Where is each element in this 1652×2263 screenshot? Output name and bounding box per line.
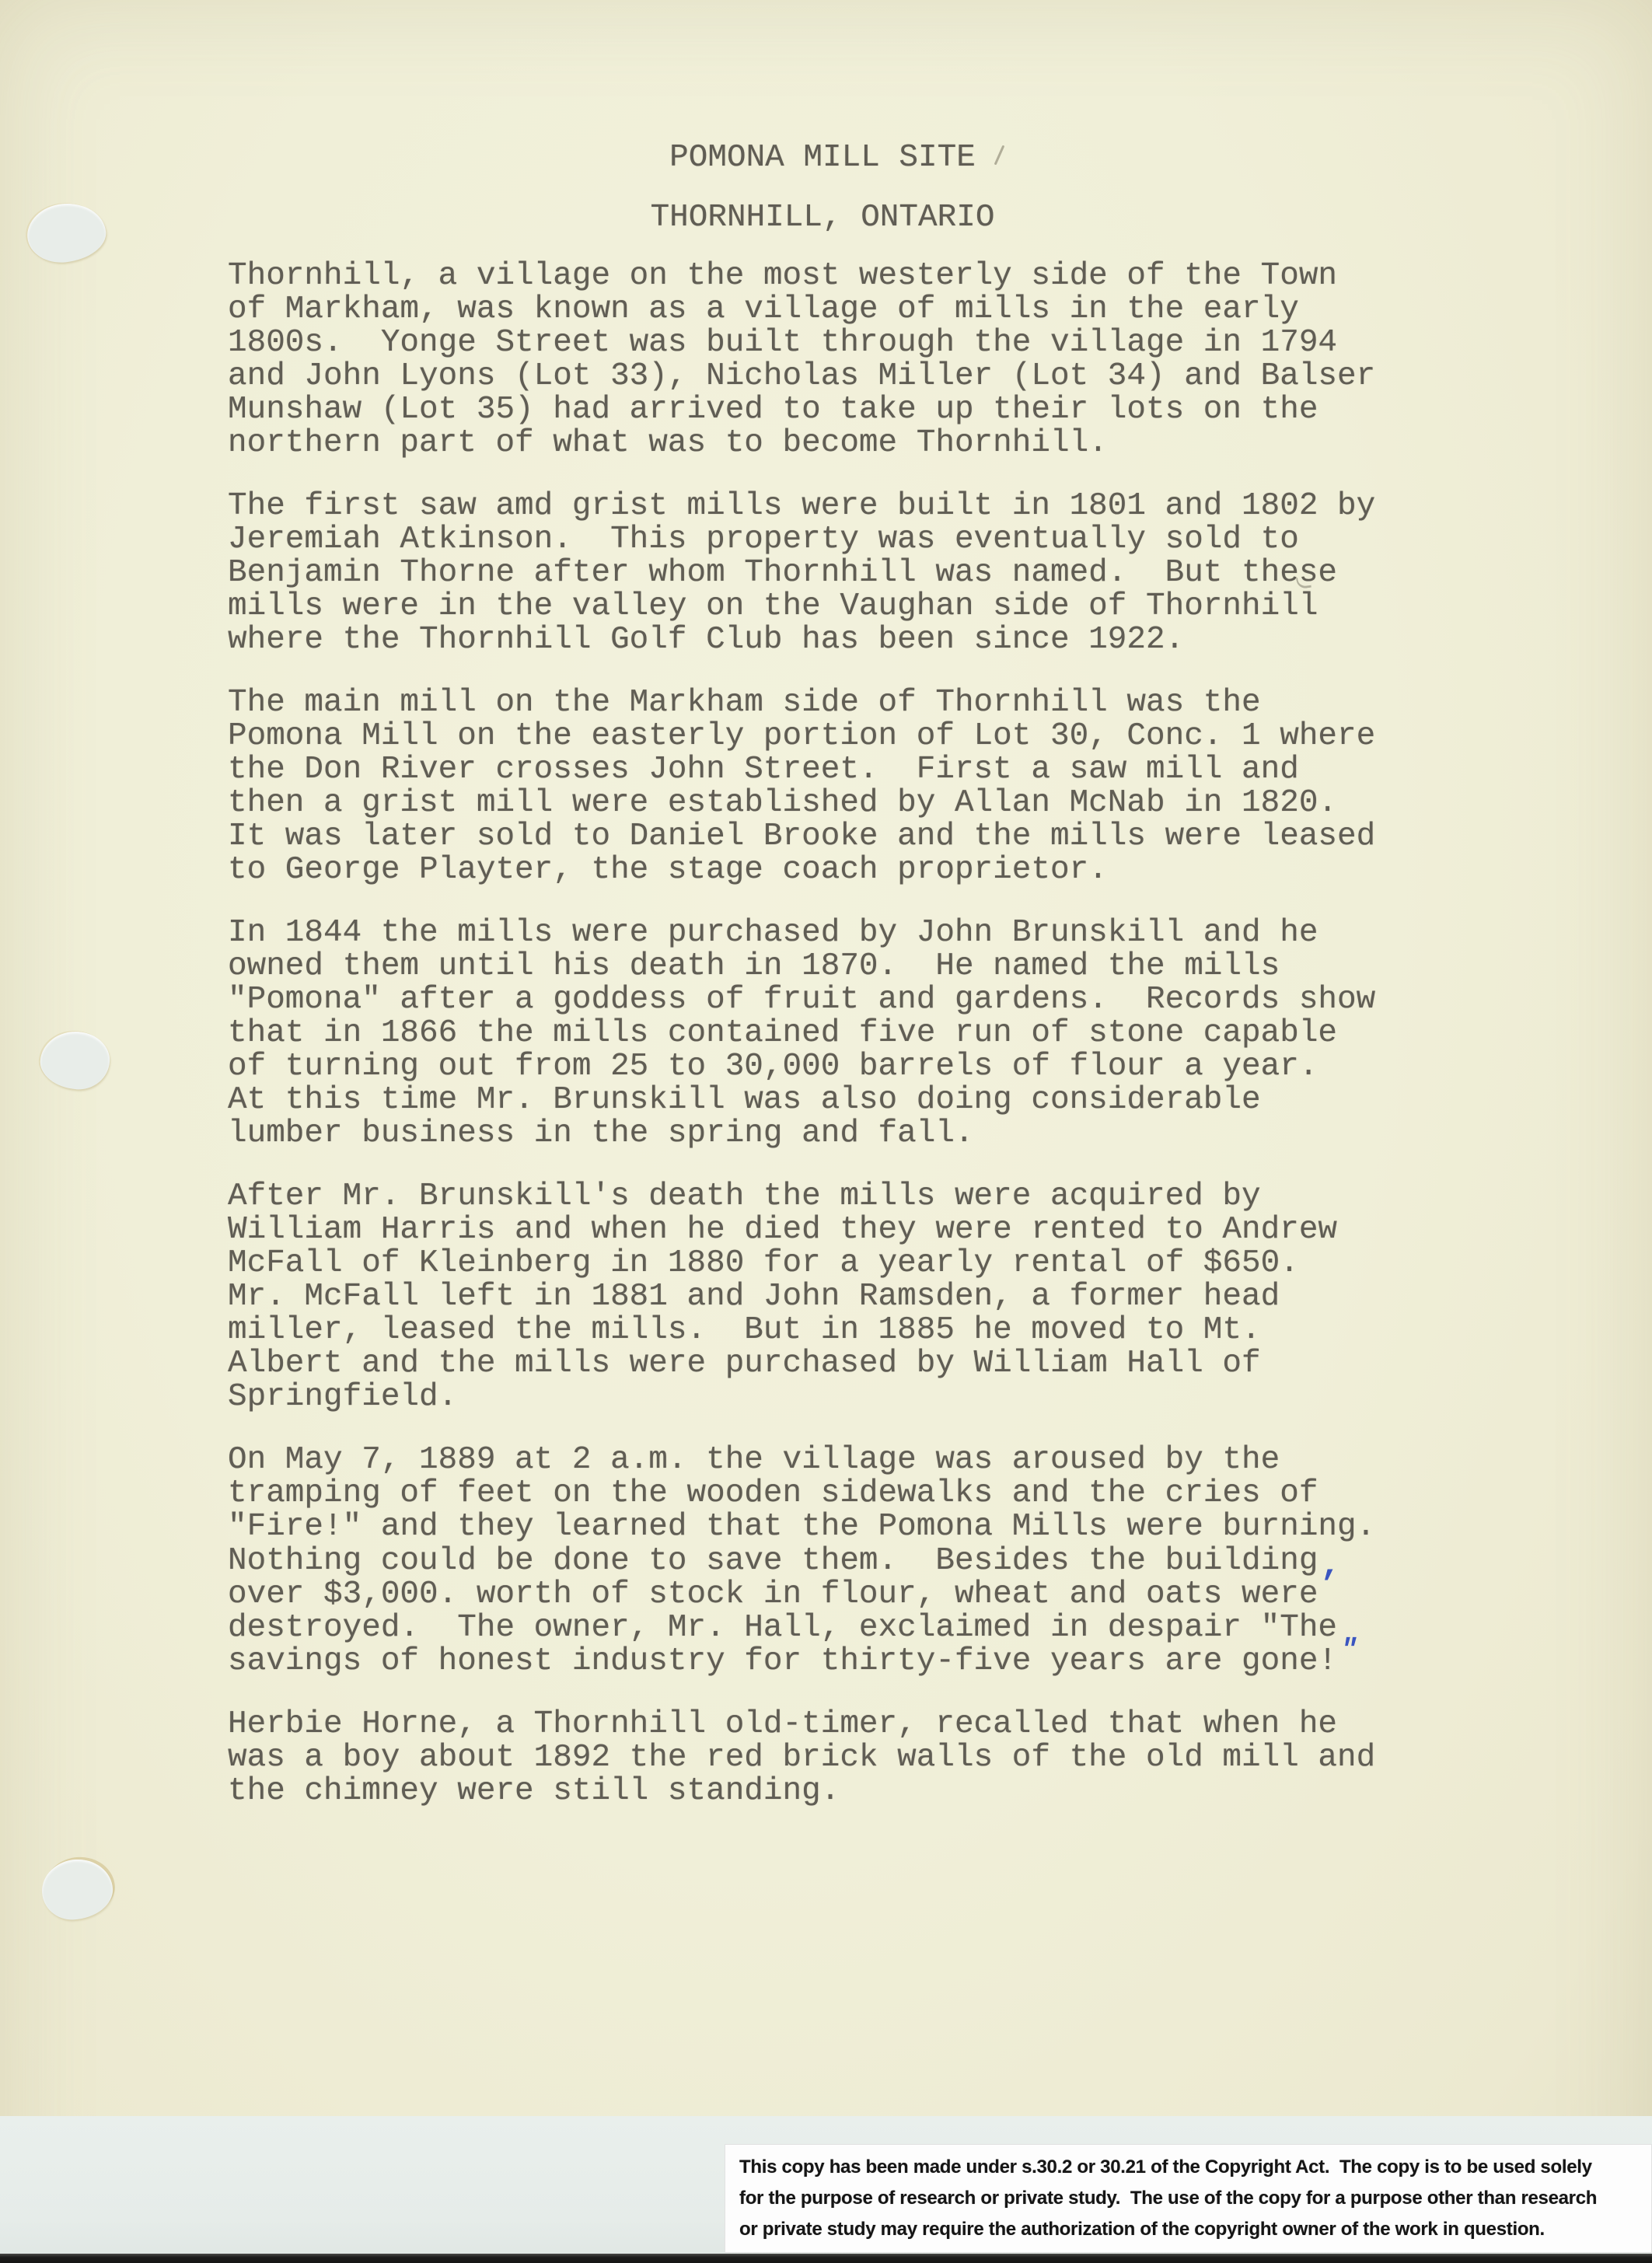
paragraph-4: In 1844 the mills were purchased by John… <box>228 917 1417 1151</box>
scan-edge-bar <box>0 2254 1652 2263</box>
paragraph-1: Thornhill, a village on the most westerl… <box>228 260 1417 460</box>
paragraph-2: The first saw amd grist mills were built… <box>228 490 1417 657</box>
body-text: Thornhill, a village on the most westerl… <box>228 260 1417 1808</box>
punch-hole-middle <box>39 1029 112 1091</box>
handwritten-comma-annotation: , <box>1320 1546 1340 1585</box>
page-title: POMONA MILL SITE <box>228 141 1417 175</box>
punch-hole-bottom <box>40 1858 114 1922</box>
paragraph-6-text-a: On May 7, 1889 at 2 a.m. the village was… <box>228 1442 1375 1579</box>
paragraph-6: On May 7, 1889 at 2 a.m. the village was… <box>228 1444 1417 1678</box>
punch-hole-top <box>24 200 108 266</box>
copyright-notice-stamp: This copy has been made under s.30.2 or … <box>725 2144 1652 2253</box>
handwritten-quote-annotation: ″ <box>1336 1633 1360 1667</box>
paragraph-7: Herbie Horne, a Thornhill old-timer, rec… <box>228 1708 1417 1808</box>
page-subtitle: THORNHILL, ONTARIO <box>228 201 1417 235</box>
paragraph-5: After Mr. Brunskill's death the mills we… <box>228 1180 1417 1414</box>
title-block: POMONA MILL SITE THORNHILL, ONTARIO <box>228 0 1417 235</box>
typed-content: POMONA MILL SITE THORNHILL, ONTARIO Thor… <box>228 0 1417 1838</box>
scanned-document-page: POMONA MILL SITE THORNHILL, ONTARIO Thor… <box>0 0 1652 2263</box>
paragraph-3: The main mill on the Markham side of Tho… <box>228 686 1417 887</box>
paragraph-6-text-b: over $3,000. worth of stock in flour, wh… <box>228 1577 1337 1679</box>
